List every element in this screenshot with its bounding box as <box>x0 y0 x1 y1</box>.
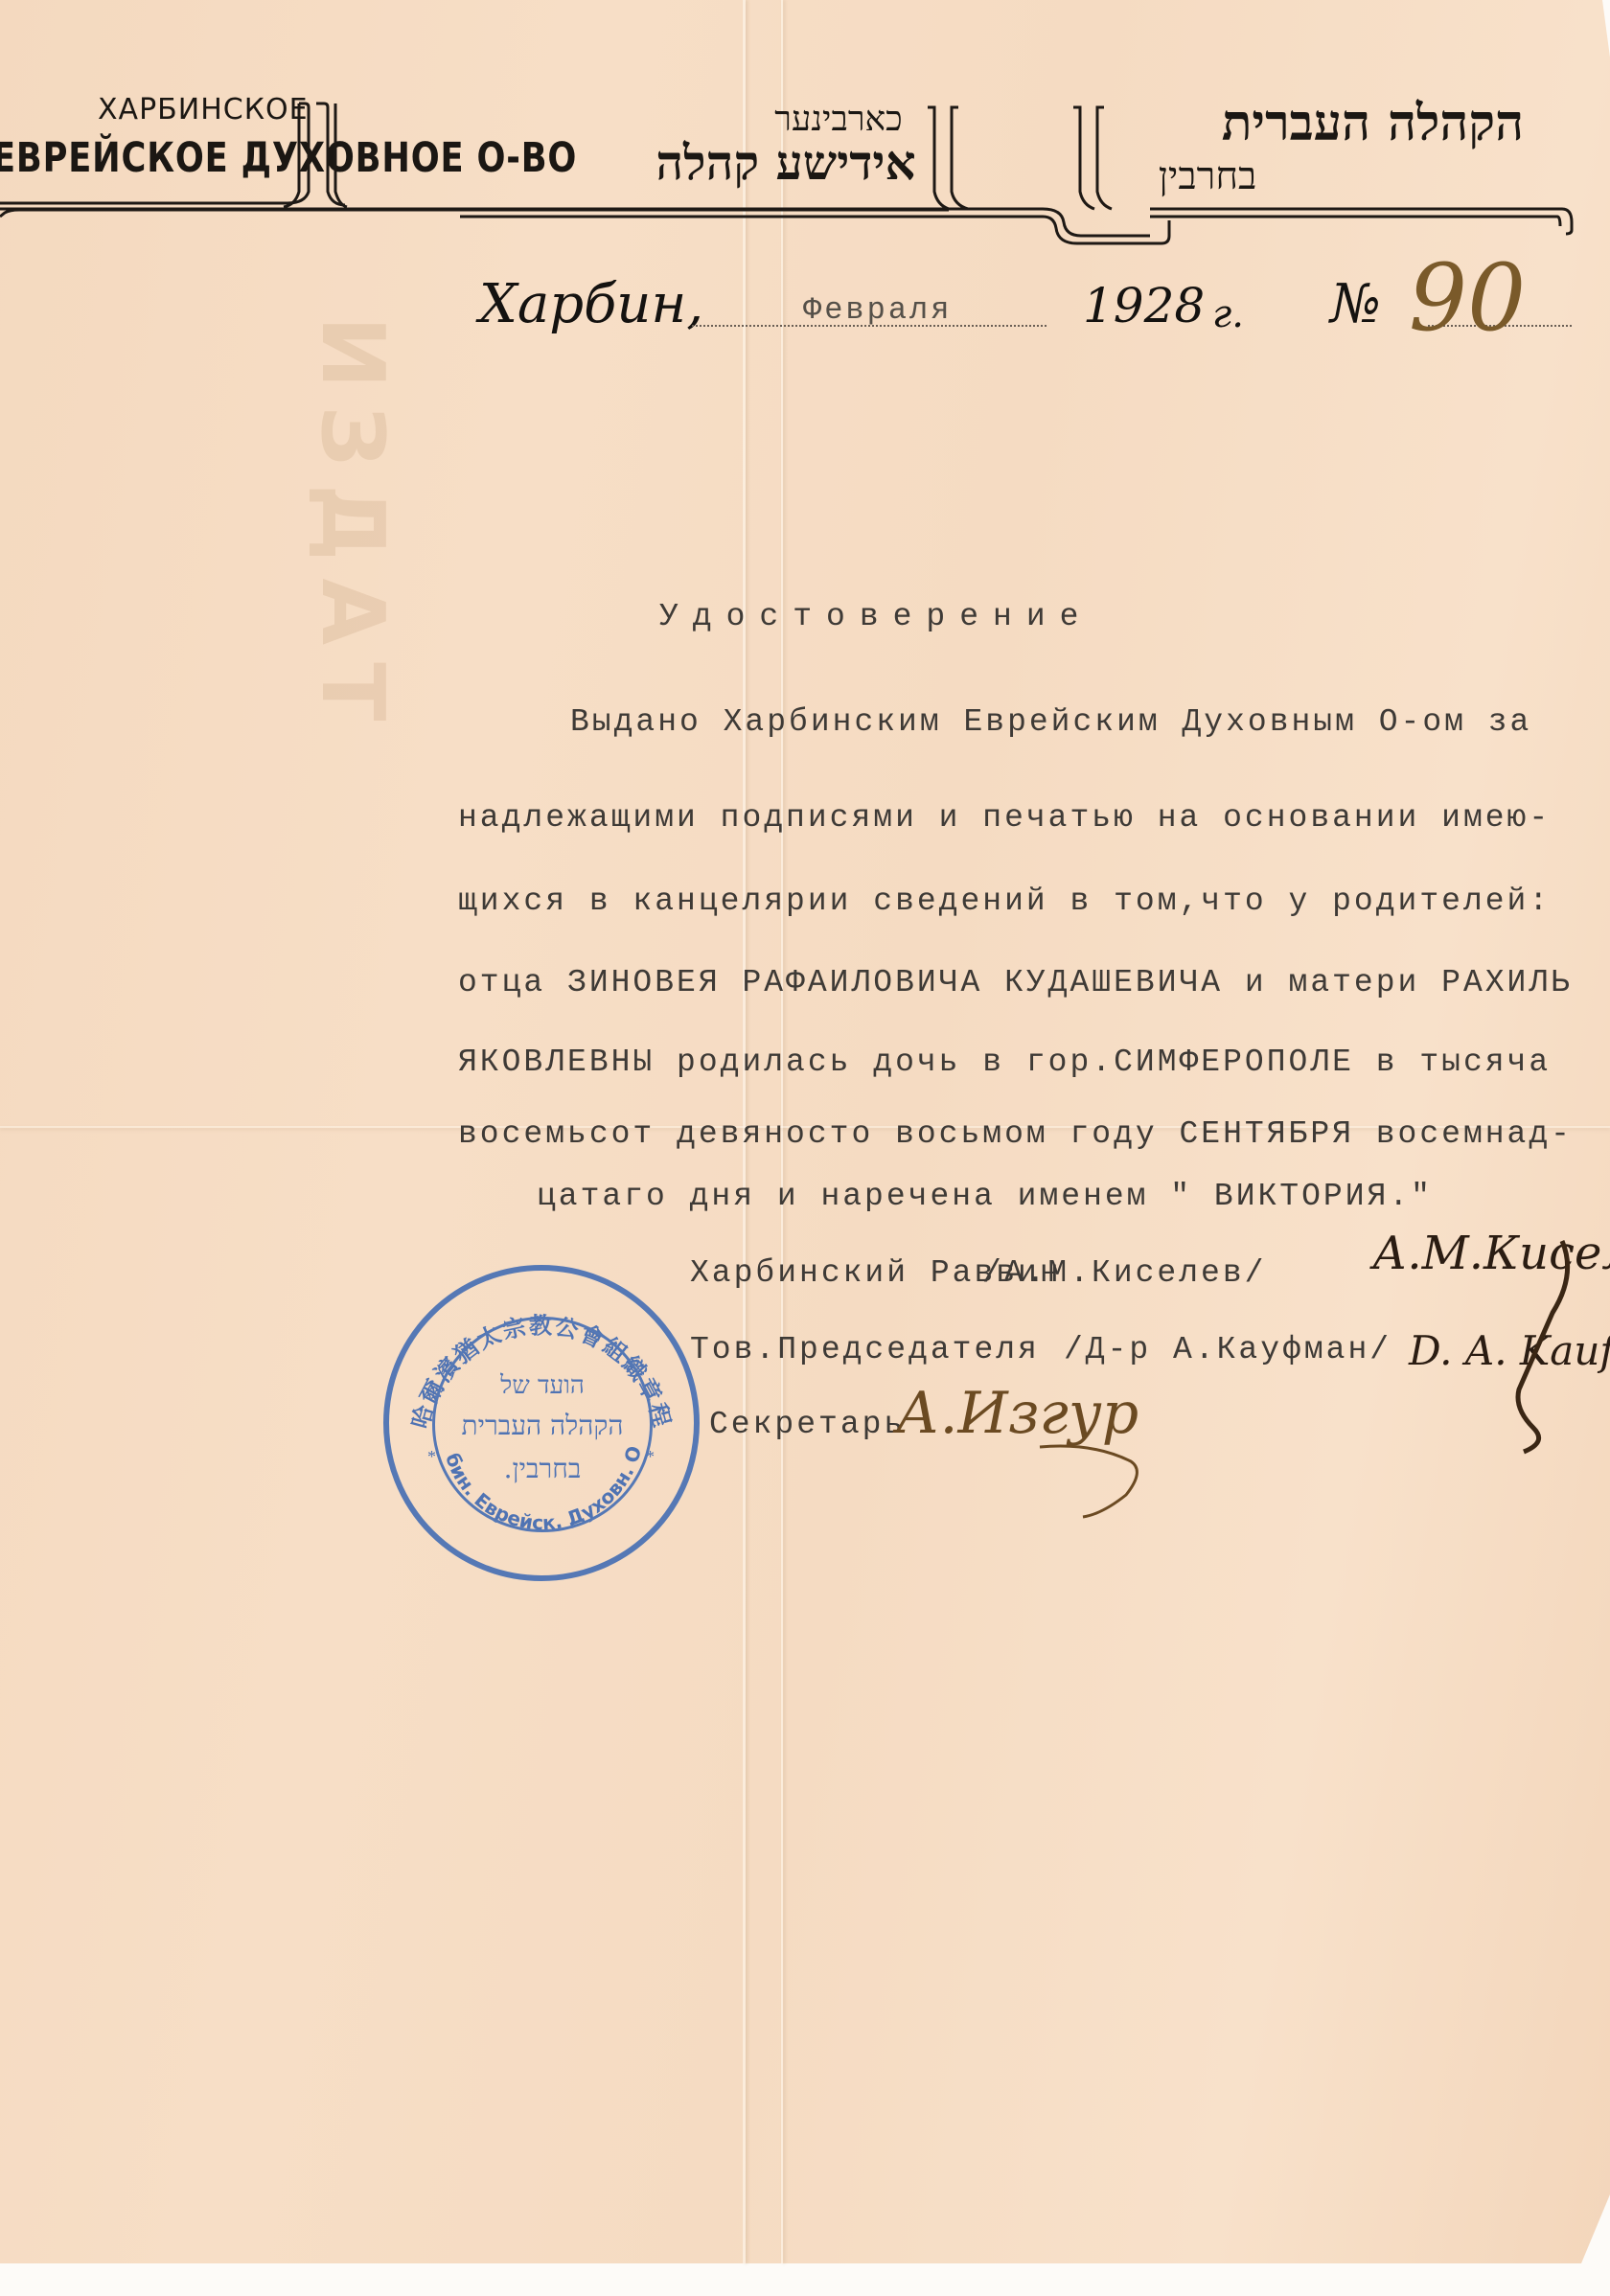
dateline-city: Харбин, <box>479 273 703 335</box>
signature-flourish <box>1495 1236 1591 1457</box>
body-line-1: Выдано Харбинским Еврейским Духовным О-о… <box>570 704 1531 740</box>
body-line-4: отца ЗИНОВЕЯ РАФАИЛОВИЧА КУДАШЕВИЧА и ма… <box>458 965 1573 1000</box>
body-line-7: цатаго дня и наречена именем " ВИКТОРИЯ.… <box>537 1179 1433 1214</box>
dateline-number-handwritten: 90 <box>1409 244 1526 352</box>
stamp-inner-line3: בחרבין. <box>447 1453 638 1485</box>
stamp-inner-line2: הקהלה העברית <box>442 1410 643 1442</box>
body-line-2: надлежащими подписями и печатью на основ… <box>458 800 1551 836</box>
dateline-number-label: № <box>1330 273 1381 335</box>
body-line-5: ЯКОВЛЕВНЫ родилась дочь в гор.СИМФЕРОПОЛ… <box>458 1045 1551 1080</box>
signature-role-secretary: Секретарь <box>709 1407 906 1442</box>
stamp-inner-line1: הועד של <box>447 1371 638 1400</box>
dateline-year: 1928 <box>1083 278 1205 333</box>
signature-name-rabbi: /А.М.Киселев/ <box>982 1255 1266 1291</box>
body-line-3: щихся в канцелярии сведений в том,что у … <box>458 884 1551 919</box>
dateline-year-suffix: г. <box>1212 292 1244 336</box>
official-seal-stamp: 哈爾濱猶太宗教公會組織章程 Харбин. Еврейск. Духовн. О… <box>383 1265 700 1581</box>
secretary-signature-flourish <box>1035 1442 1150 1519</box>
document-title: Удостоверение <box>659 599 1092 634</box>
signature-name-vice-chairman: /Д-р А.Кауфман/ <box>1064 1332 1391 1367</box>
signature-handwritten-secretary: А.Изгур <box>896 1380 1138 1447</box>
letterhead-ornament-lines <box>0 0 1610 259</box>
signature-role-vice-chairman: Тов.Председателя <box>690 1332 1040 1367</box>
body-line-6: восемьсот девяносто восьмом году СЕНТЯБР… <box>458 1116 1573 1152</box>
embossed-watermark: ИЗДАТ <box>302 316 402 738</box>
dateline-month: Февраля <box>803 292 952 328</box>
